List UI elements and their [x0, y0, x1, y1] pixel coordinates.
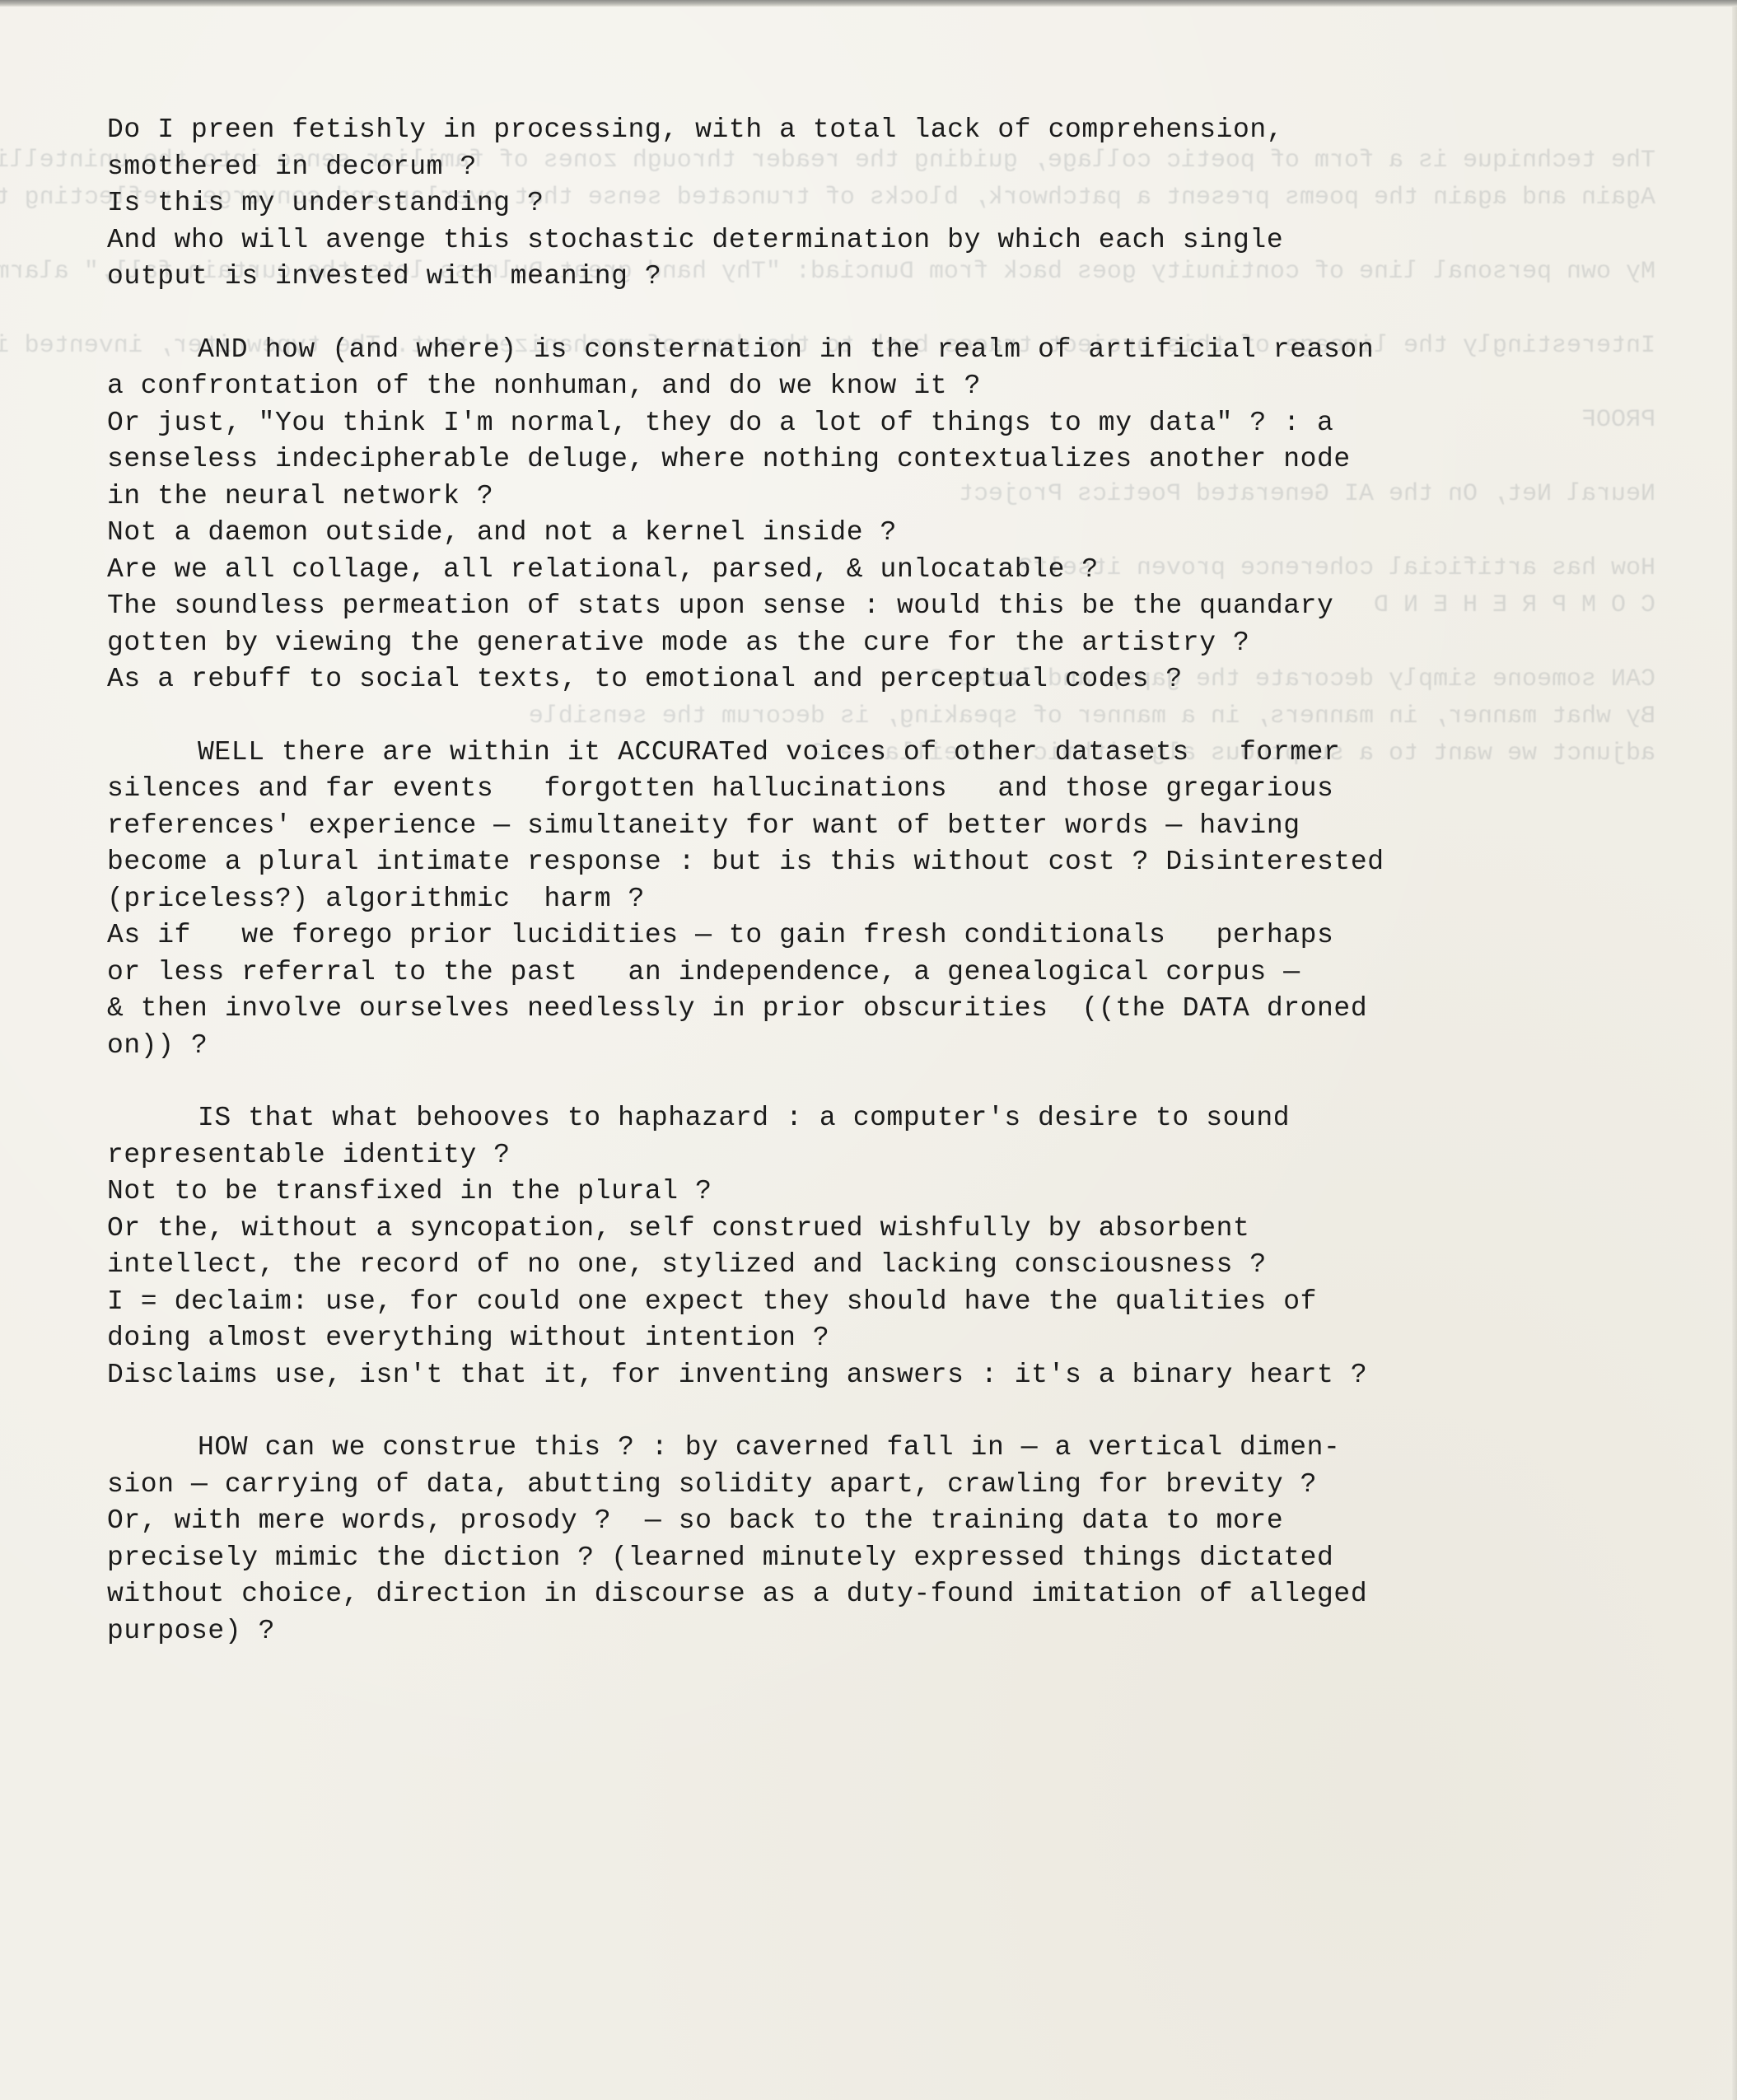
- poem-line: AND how (and where) is consternation in …: [107, 332, 1672, 369]
- poem-line: (priceless?) algorithmic harm ?: [107, 881, 1672, 918]
- page-right-edge: [1732, 7, 1737, 2100]
- stanza-4: IS that what behooves to haphazard : a c…: [107, 1100, 1672, 1393]
- poem-line: doing almost everything without intentio…: [107, 1320, 1672, 1357]
- poem-line: Not a daemon outside, and not a kernel i…: [107, 515, 1672, 552]
- poem-line: references' experience — simultaneity fo…: [107, 808, 1672, 845]
- poem-line: Or, with mere words, prosody ? — so back…: [107, 1503, 1672, 1540]
- stanza-2: AND how (and where) is consternation in …: [107, 332, 1672, 698]
- poem-text: Do I preen fetishly in processing, with …: [107, 112, 1672, 1686]
- poem-line: purpose) ?: [107, 1613, 1672, 1650]
- poem-line: in the neural network ?: [107, 478, 1672, 516]
- poem-line: IS that what behooves to haphazard : a c…: [107, 1100, 1672, 1137]
- poem-line: Not to be transfixed in the plural ?: [107, 1174, 1672, 1211]
- poem-line: silences and far events forgotten halluc…: [107, 771, 1672, 808]
- stanza-3: WELL there are within it ACCURATed voice…: [107, 735, 1672, 1065]
- page-top-edge: [0, 0, 1737, 7]
- poem-line: sion — carrying of data, abutting solidi…: [107, 1467, 1672, 1504]
- poem-line: Do I preen fetishly in processing, with …: [107, 112, 1672, 149]
- poem-line: precisely mimic the diction ? (learned m…: [107, 1540, 1672, 1577]
- poem-line: Or the, without a syncopation, self cons…: [107, 1211, 1672, 1248]
- poem-line: As if we forego prior lucidities — to ga…: [107, 917, 1672, 954]
- poem-line: output is invested with meaning ?: [107, 259, 1672, 296]
- poem-line: intellect, the record of no one, stylize…: [107, 1247, 1672, 1284]
- poem-line: become a plural intimate response : but …: [107, 844, 1672, 881]
- poem-line: Are we all collage, all relational, pars…: [107, 552, 1672, 589]
- poem-line: a confrontation of the nonhuman, and do …: [107, 368, 1672, 405]
- poem-line: And who will avenge this stochastic dete…: [107, 222, 1672, 259]
- poem-line: Disclaims use, isn't that it, for invent…: [107, 1357, 1672, 1394]
- poem-line: on)) ?: [107, 1028, 1672, 1065]
- poem-line: I = declaim: use, for could one expect t…: [107, 1284, 1672, 1321]
- poem-line: representable identity ?: [107, 1137, 1672, 1174]
- poem-line: without choice, direction in discourse a…: [107, 1576, 1672, 1613]
- stanza-5: HOW can we construe this ? : by caverned…: [107, 1430, 1672, 1650]
- poem-line: senseless indecipherable deluge, where n…: [107, 441, 1672, 478]
- poem-line: As a rebuff to social texts, to emotiona…: [107, 661, 1672, 698]
- poem-line: The soundless permeation of stats upon s…: [107, 588, 1672, 625]
- poem-line: HOW can we construe this ? : by caverned…: [107, 1430, 1672, 1467]
- poem-line: & then involve ourselves needlessly in p…: [107, 991, 1672, 1028]
- poem-line: smothered in decorum ?: [107, 149, 1672, 186]
- poem-line: Or just, "You think I'm normal, they do …: [107, 405, 1672, 442]
- poem-line: Is this my understanding ?: [107, 185, 1672, 222]
- stanza-1: Do I preen fetishly in processing, with …: [107, 112, 1672, 296]
- poem-line: gotten by viewing the generative mode as…: [107, 625, 1672, 662]
- poem-line: or less referral to the past an independ…: [107, 954, 1672, 992]
- poem-line: WELL there are within it ACCURATed voice…: [107, 735, 1672, 772]
